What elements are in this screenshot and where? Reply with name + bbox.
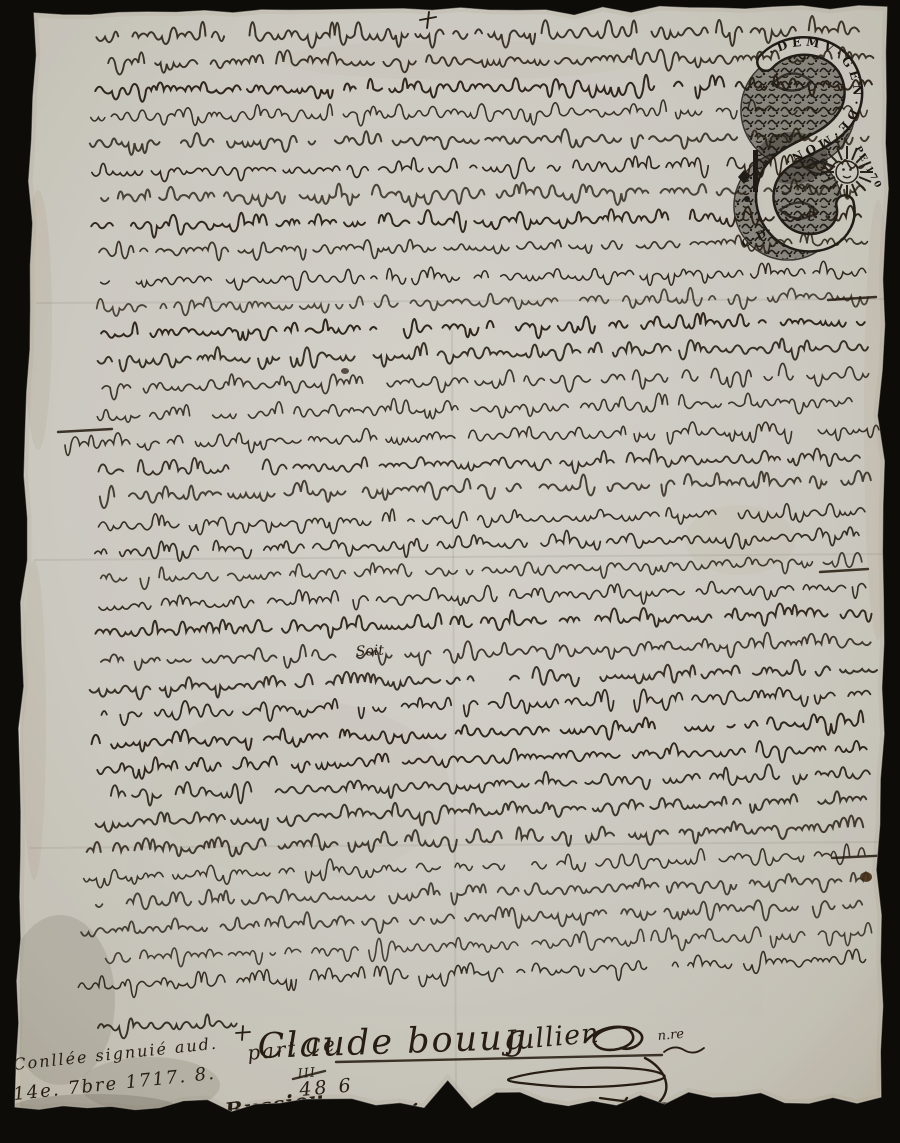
manuscript-scene: ·DEMV·GEN·DE·MON· C·D· PE·170 Soit Claud… (0, 0, 900, 1143)
paper-surface: ·DEMV·GEN·DE·MON· C·D· PE·170 Soit Claud… (5, 0, 895, 1140)
paper-grain (20, 0, 895, 1140)
document-photo: ·DEMV·GEN·DE·MON· C·D· PE·170 Soit Claud… (0, 0, 900, 1143)
